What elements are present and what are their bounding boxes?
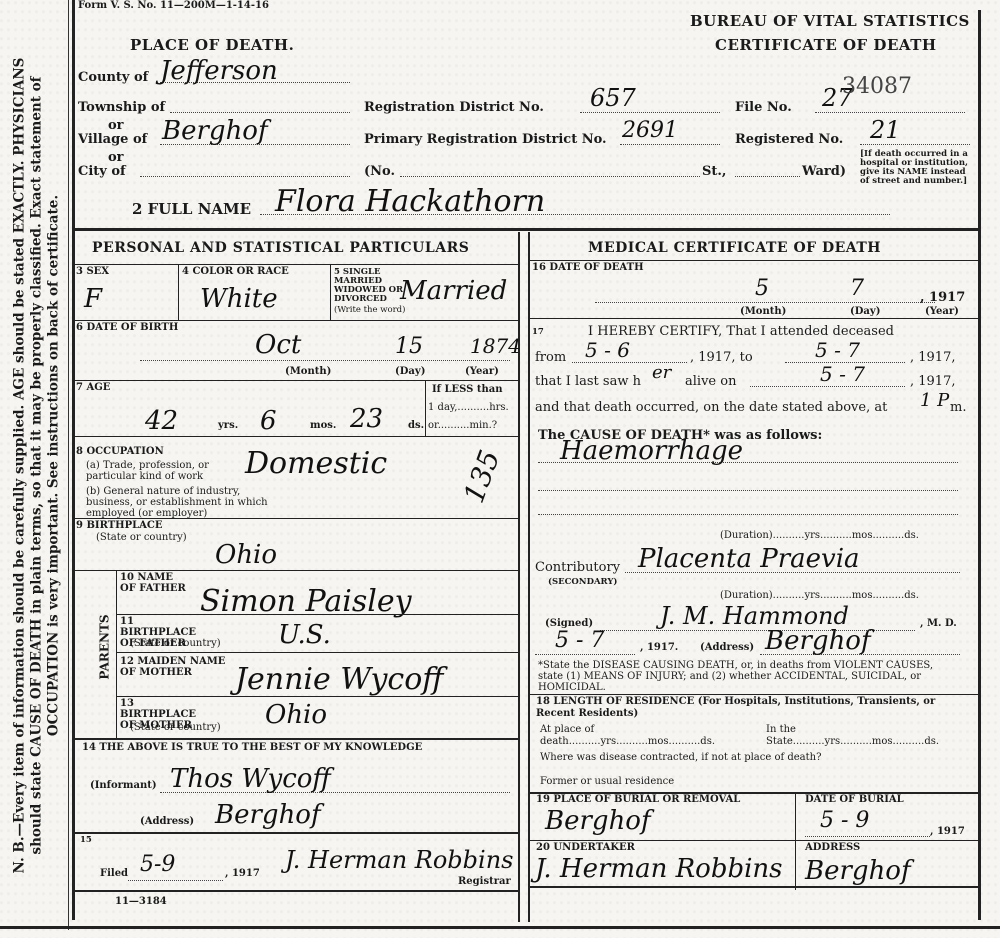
occupation-b-label: (b) General nature of industry, business… — [86, 486, 276, 519]
filed-year: , 1917 — [225, 868, 260, 879]
cell-divider — [178, 264, 179, 320]
birthplace-label: 9 BIRTHPLACE — [76, 520, 162, 531]
mother-birthplace: Ohio — [265, 700, 327, 730]
mos-label: mos. — [310, 420, 336, 431]
column-divider — [528, 232, 530, 922]
alive-on-label: alive on — [685, 374, 736, 389]
county-value: Jefferson — [160, 56, 278, 86]
marital-label: 5 SINGLE MARRIED WIDOWED OR DIVORCED — [334, 268, 404, 304]
age-years: 42 — [145, 406, 178, 436]
personal-heading: PERSONAL AND STATISTICAL PARTICULARS — [92, 240, 469, 256]
hrs-label: 1 day,..........hrs. — [428, 402, 509, 413]
meridiem-label: m. — [950, 400, 966, 415]
left-border — [72, 0, 75, 920]
burial-place: Berghof — [545, 806, 651, 836]
death-day: 7 — [850, 276, 864, 301]
divider — [116, 696, 518, 697]
signed-date: 5 - 7 — [555, 628, 604, 653]
registered-no-value: 21 — [870, 116, 901, 144]
registrar-label: Registrar — [458, 876, 511, 887]
age-days: 23 — [350, 404, 383, 434]
margin-note-text: N. B.—Every item of information should b… — [12, 36, 63, 896]
dob-year: 1874 — [470, 334, 521, 358]
cause-of-death: Haemorrhage — [560, 436, 743, 466]
divider — [75, 832, 518, 834]
last-saw-year: , 1917, — [910, 374, 955, 389]
dob-label: 6 DATE OF BIRTH — [76, 322, 178, 333]
right-border — [978, 10, 981, 920]
village-value: Berghof — [162, 116, 268, 146]
day-caption: (Day) — [850, 306, 880, 317]
primary-reg-label: Primary Registration District No. — [364, 132, 607, 147]
informant-address: Berghof — [215, 800, 321, 830]
cause-footnote: *State the DISEASE CAUSING DEATH, or, in… — [538, 660, 958, 693]
mother-name: Jennie Wycoff — [235, 662, 444, 697]
date-of-death-label: 16 DATE OF DEATH — [532, 262, 644, 273]
full-name-label: 2 FULL NAME — [132, 200, 251, 218]
from-year: , 1917, to — [690, 350, 753, 365]
divider — [75, 890, 518, 892]
cell-divider — [425, 380, 426, 436]
divider — [75, 320, 518, 321]
father-label: 10 NAME OF FATHER — [120, 572, 190, 594]
or-label: or — [108, 150, 124, 165]
knowledge-statement: 14 THE ABOVE IS TRUE TO THE BEST OF MY K… — [82, 742, 422, 753]
file-no-label: File No. — [735, 100, 792, 115]
yrs-label: yrs. — [218, 420, 238, 431]
burial-date: 5 - 9 — [820, 808, 869, 833]
undertaker-address: Berghof — [805, 856, 911, 886]
death-occurred-text: and that death occurred, on the date sta… — [535, 400, 887, 415]
undertaker-label: 20 UNDERTAKER — [536, 842, 635, 853]
burial-date-label: DATE OF BURIAL — [805, 794, 904, 805]
day-caption: (Day) — [395, 366, 425, 377]
bureau-title: BUREAU OF VITAL STATISTICS — [690, 12, 970, 30]
former-residence-label: Former or usual residence — [540, 776, 960, 788]
informant-name: Thos Wycoff — [170, 764, 331, 794]
street-label: St., — [702, 164, 726, 179]
last-saw-date: 5 - 7 — [820, 362, 865, 386]
undertaker-name: J. Herman Robbins — [535, 854, 783, 884]
cell-divider — [330, 264, 331, 320]
address-label: (Address) — [140, 816, 194, 827]
item-15: 15 — [80, 836, 92, 845]
undertaker-address-label: ADDRESS — [805, 842, 860, 853]
month-caption: (Month) — [285, 366, 331, 377]
bottom-border — [0, 926, 1000, 929]
signed-year: , 1917. — [640, 642, 678, 653]
divider — [75, 436, 518, 437]
item-17: 17 — [532, 328, 544, 337]
md-label: , M. D. — [920, 618, 957, 629]
certify-statement: I HEREBY CERTIFY, That I attended deceas… — [588, 324, 894, 339]
full-name-value: Flora Hackathorn — [275, 184, 545, 219]
place-of-death-heading: PLACE OF DEATH. — [130, 36, 294, 54]
birthplace-value: Ohio — [215, 540, 277, 570]
informant-label: (Informant) — [90, 780, 157, 791]
divider — [530, 694, 978, 695]
state-country-hint: (State or country) — [130, 638, 221, 649]
divider — [75, 380, 518, 381]
occupation-a-label: (a) Trade, profession, or particular kin… — [86, 460, 236, 482]
race-label: 4 COLOR OR RACE — [182, 266, 289, 277]
death-month: 5 — [755, 276, 769, 301]
divider — [530, 260, 978, 261]
attended-to: 5 - 7 — [815, 338, 860, 362]
last-saw-label: that I last saw h — [535, 374, 641, 389]
medical-heading: MEDICAL CERTIFICATE OF DEATH — [588, 240, 881, 256]
father-birthplace: U.S. — [278, 620, 331, 650]
in-state-label: In the State..........yrs..........mos..… — [766, 724, 966, 748]
county-label: County of — [78, 70, 148, 85]
divider — [75, 738, 518, 740]
hospital-note: [If death occurred in a hospital or inst… — [860, 150, 970, 186]
filed-label: Filed — [100, 868, 128, 879]
ward-label: Ward) — [802, 164, 846, 179]
divider — [75, 570, 518, 571]
cell-divider — [795, 792, 796, 890]
dob-day: 15 — [395, 334, 423, 359]
occupation-label: 8 OCCUPATION — [76, 446, 164, 457]
divider — [530, 840, 978, 841]
occupation-value: Domestic — [245, 446, 387, 481]
divider — [116, 652, 518, 653]
stamp-number: 34087 — [842, 74, 912, 99]
marital-hint: (Write the word) — [334, 306, 405, 315]
divider — [116, 614, 518, 615]
from-label: from — [535, 350, 566, 365]
duration-label: (Duration)..........yrs..........mos....… — [720, 590, 919, 601]
death-certificate: N. B.—Every item of information should b… — [0, 0, 1000, 938]
month-caption: (Month) — [740, 306, 786, 317]
secondary-label: (SECONDARY) — [548, 578, 617, 587]
or-label: or — [108, 118, 124, 133]
at-place-label: At place of death..........yrs..........… — [540, 724, 740, 748]
min-label: or..........min.? — [428, 420, 497, 431]
birthplace-hint: (State or country) — [96, 532, 187, 543]
registered-no-label: Registered No. — [735, 132, 843, 147]
age-months: 6 — [260, 406, 277, 436]
burial-place-label: 19 PLACE OF BURIAL OR REMOVAL — [536, 794, 740, 805]
divider — [75, 228, 980, 231]
age-label: 7 AGE — [76, 382, 110, 393]
last-saw-pronoun: er — [652, 362, 671, 383]
to-year: , 1917, — [910, 350, 955, 365]
street-no-label: (No. — [364, 164, 395, 179]
ds-label: ds. — [408, 420, 424, 431]
burial-year: , 1917 — [930, 826, 965, 837]
death-year: , 1917 — [920, 290, 965, 305]
contracted-label: Where was disease contracted, if not at … — [540, 752, 960, 764]
divider — [75, 264, 518, 265]
marital-value: Married — [400, 276, 507, 306]
city-label: City of — [78, 164, 126, 179]
race-value: White — [200, 284, 278, 314]
township-label: Township of — [78, 100, 165, 115]
state-country-hint: (State or country) — [130, 722, 221, 733]
mother-label: 12 MAIDEN NAME OF MOTHER — [120, 656, 230, 678]
margin-instructions: N. B.—Every item of information should b… — [2, 0, 69, 930]
sex-value: F — [84, 284, 102, 314]
less-than-label: If LESS than — [432, 384, 502, 395]
year-caption: (Year) — [465, 366, 499, 377]
filed-date: 5-9 — [140, 852, 175, 877]
form-code: 11—3184 — [115, 896, 167, 907]
address-label: (Address) — [700, 642, 754, 653]
sex-label: 3 SEX — [76, 266, 109, 277]
time-of-death: 1 P — [920, 390, 949, 411]
dob-month: Oct — [255, 330, 301, 360]
contributory-label: Contributory — [535, 560, 620, 575]
divider — [75, 518, 518, 519]
primary-reg-value: 2691 — [622, 118, 678, 143]
reg-district-value: 657 — [590, 84, 636, 112]
divider — [530, 886, 978, 888]
attended-from: 5 - 6 — [585, 338, 630, 362]
contributory-cause: Placenta Praevia — [638, 544, 860, 574]
parents-label: PARENTS — [98, 614, 112, 679]
duration-label: (Duration)..........yrs..........mos....… — [720, 530, 919, 541]
village-label: Village of — [78, 132, 147, 147]
registrar-signature: J. Herman Robbins — [285, 846, 513, 874]
residence-label: 18 LENGTH OF RESIDENCE (For Hospitals, I… — [536, 696, 966, 720]
physician-address: Berghof — [765, 626, 871, 656]
occupation-code: 135 — [457, 446, 506, 508]
certificate-title: CERTIFICATE OF DEATH — [715, 36, 937, 54]
form-number: Form V. S. No. 11—200M—1-14-16 — [78, 0, 269, 11]
divider — [530, 318, 978, 319]
parents-divider — [116, 570, 117, 738]
year-caption: (Year) — [925, 306, 959, 317]
reg-district-label: Registration District No. — [364, 100, 544, 115]
